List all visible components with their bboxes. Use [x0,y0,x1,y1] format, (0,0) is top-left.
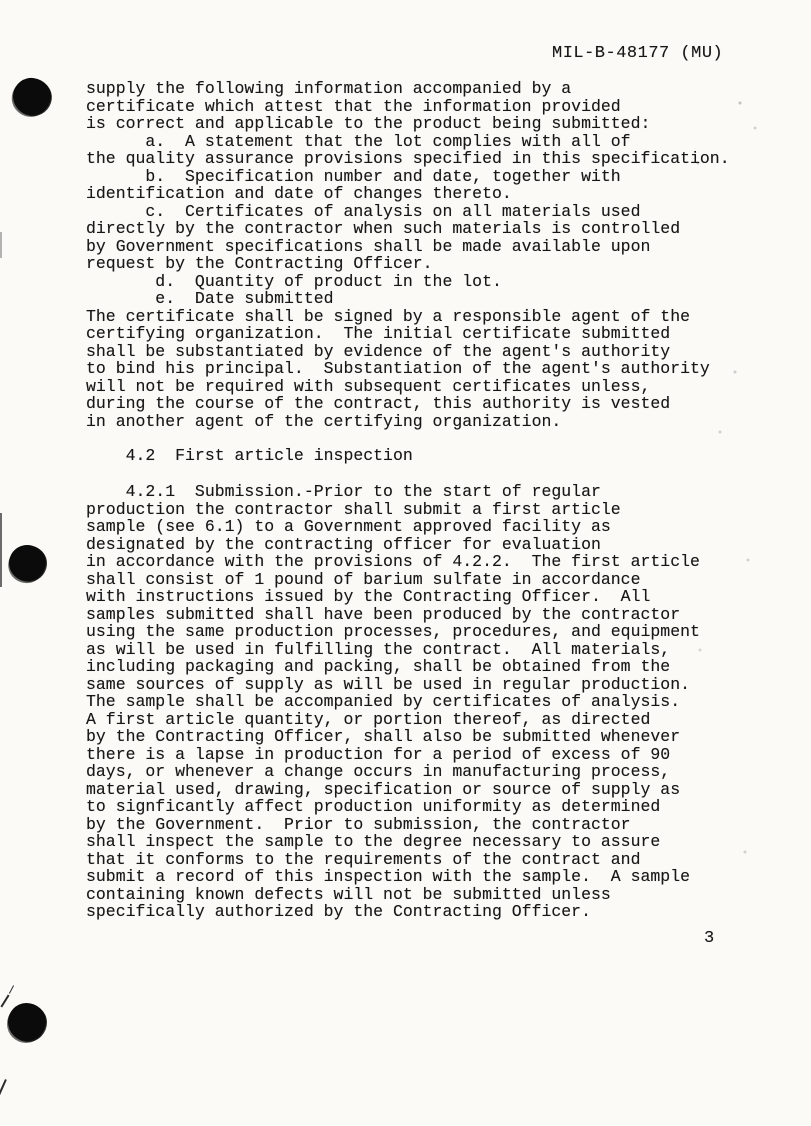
paragraph-4-2-1: 4.2.1 Submission.-Prior to the start of … [86,483,700,921]
scan-scratch-mark [0,1079,7,1111]
scan-edge-artifact [0,513,2,587]
hole-punch [7,543,48,583]
hole-punch [8,1003,46,1041]
scan-edge-artifact [0,232,2,258]
spec-number-header: MIL-B-48177 (MU) [552,44,723,63]
page-number: 3 [704,929,714,948]
hole-punch [11,76,54,118]
section-heading-4-2: 4.2 First article inspection [86,447,413,465]
document-page: MIL-B-48177 (MU) supply the following in… [0,0,811,1126]
scan-scratch-mark [0,995,9,1008]
scan-scratch-mark [9,985,14,993]
intro-paragraph: supply the following information accompa… [86,80,730,430]
